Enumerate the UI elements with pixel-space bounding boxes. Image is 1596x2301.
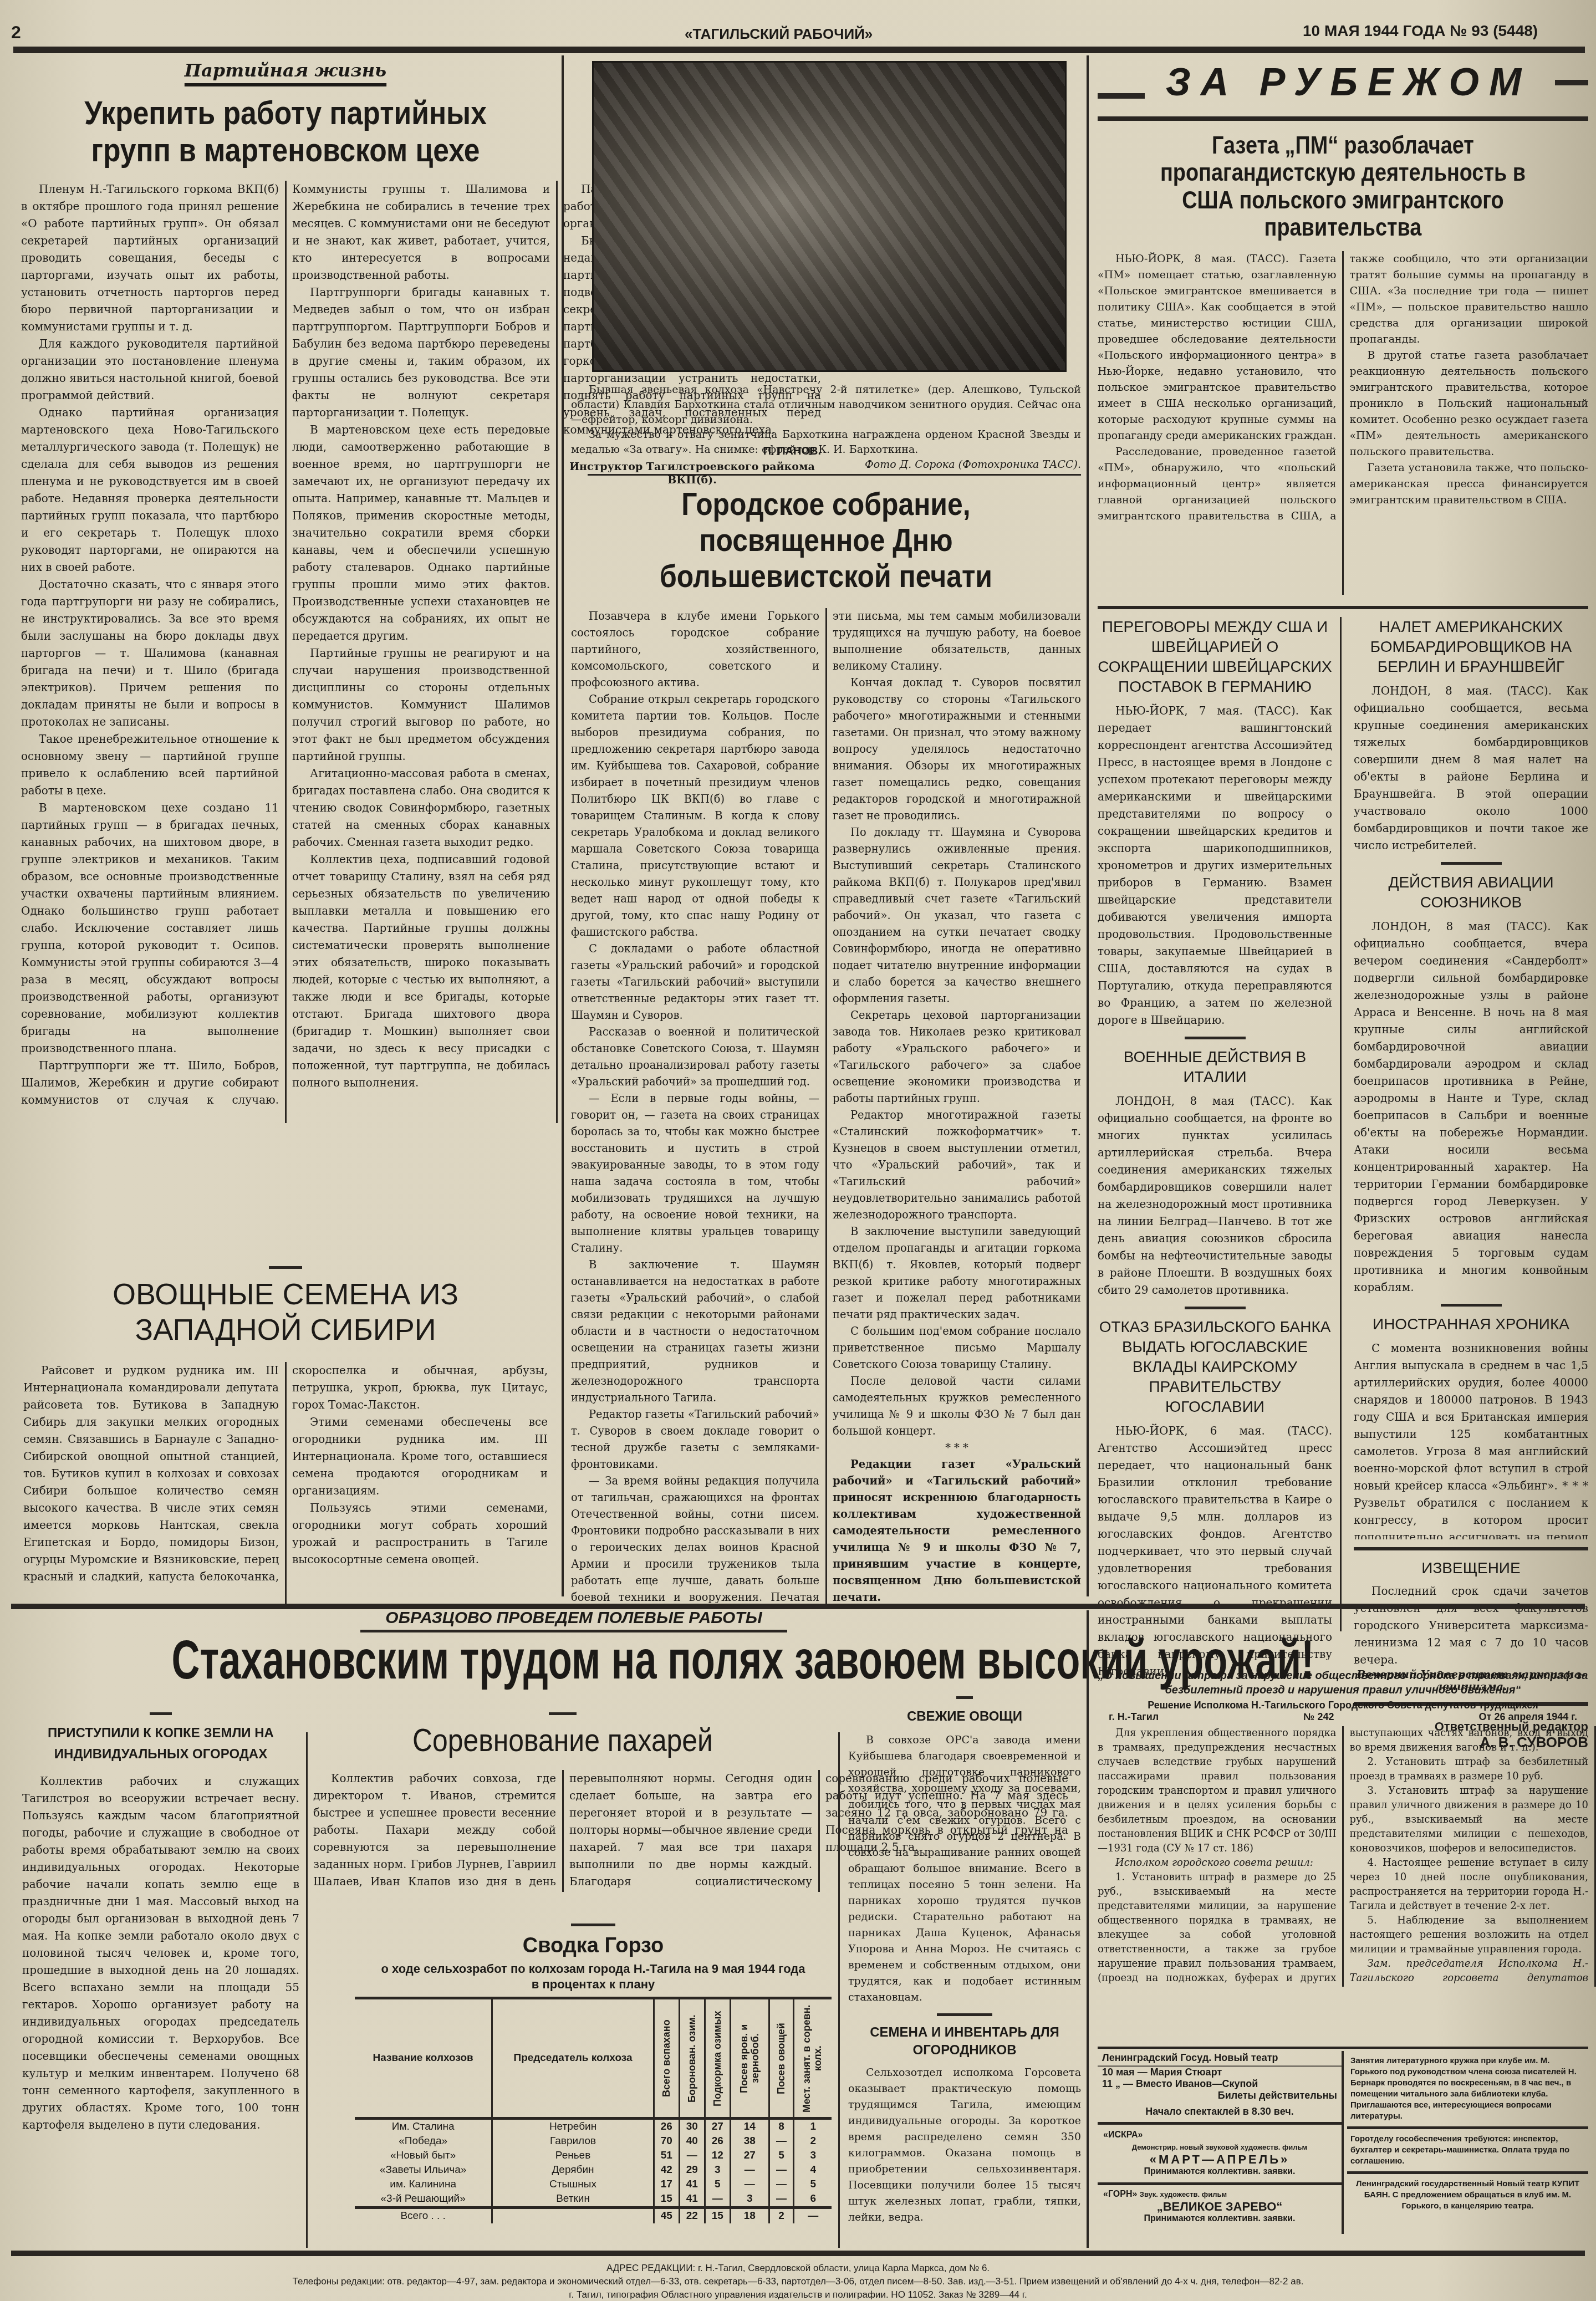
theatre-start: Начало спектаклей в 8.30 веч.: [1098, 2101, 1342, 2125]
headline-usa-switzerland: ПЕРЕГОВОРЫ МЕЖДУ США И ШВЕЙЦАРИЕЙ О СОКР…: [1098, 617, 1332, 697]
headline-italy: ВОЕННЫЕ ДЕЙСТВИЯ В ИТАЛИИ: [1098, 1047, 1332, 1087]
table-row: «3-й Решающий»Веткин1541—3—6: [355, 2192, 832, 2208]
column-divider: [562, 55, 564, 1596]
city-meeting-body: Позавчера в клубе имени Горького состоял…: [571, 608, 1081, 1606]
article-seeds: ОВОЩНЫЕ СЕМЕНА ИЗ ЗАПАДНОЙ СИБИРИ Райсов…: [11, 1258, 560, 1602]
footer: АДРЕС РЕДАКЦИИ: г. Н.-Тагил, Свердловско…: [0, 2262, 1596, 2301]
ads-right: Занятия литературного кружка при клубе и…: [1347, 2051, 1588, 2234]
masthead-rule: [13, 47, 1585, 53]
article-city-meeting: Городское собрание, посвященное Дню боль…: [571, 482, 1081, 1596]
headline-fresh-vegetables: СВЕЖИЕ ОВОЩИ: [848, 1707, 1081, 1727]
table-row: «Заветы Ильича»Дерябин42293——4: [355, 2163, 832, 2177]
printer-info: г. Тагил, типография Областного управлен…: [0, 2288, 1596, 2301]
photo-caption: Бывшая звеньевая колхоза «Навстречу 2-й …: [571, 382, 1081, 472]
column-divider: [306, 1732, 308, 2248]
article-competition: Соревнование пахарей Коллектив рабочих с…: [313, 1705, 812, 1893]
section-rule: [11, 1604, 1585, 1609]
headline-allied-aviation: ДЕЙСТВИЯ АВИАЦИИ СОЮЗНИКОВ: [1354, 873, 1588, 912]
column-divider: [1087, 1610, 1089, 2248]
abroad-rubric-box: ЗА РУБЕЖОМ: [1098, 60, 1588, 121]
pm-article-body: НЬЮ-ЙОРК, 8 мая. (ТАСС). Газета «ПМ» пом…: [1098, 251, 1588, 595]
table-header: Подкормка озимых: [705, 1998, 730, 2119]
ad-buy-bayan: Ленинградский государственный Новый теат…: [1347, 2174, 1588, 2216]
table-header: Всего вспахано: [654, 1998, 679, 2119]
headline-seeds-inventory: СЕМЕНА И ИНВЕНТАРЬ ДЛЯ ОГОРОДНИКОВ: [848, 2024, 1081, 2059]
seeds-body: Райсовет и рудком рудника им. III Интерн…: [11, 1362, 560, 1606]
masthead: 2 «ТАГИЛЬСКИЙ РАБОЧИЙ» 10 МАЯ 1944 ГОДА …: [0, 22, 1596, 44]
table-row: Им. СталинаНетребин2630271481: [355, 2119, 832, 2135]
ad-gorn: «ГОРН» Звук. художеств. фильм „ВЕЛИКОЕ З…: [1098, 2185, 1342, 2228]
decision-date: От 26 апреля 1944 г.: [1479, 1711, 1577, 1723]
newspaper-page: 2 «ТАГИЛЬСКИЙ РАБОЧИЙ» 10 МАЯ 1944 ГОДА …: [0, 0, 1596, 2301]
editorial-phones: Телефоны редакции: отв. редактор—4-97, з…: [0, 2275, 1596, 2288]
table-header: Мест. занят. в соревн. колх.: [794, 1998, 832, 2119]
ad-vacancy: Горотделу гособеспечения требуются: инсп…: [1347, 2129, 1588, 2174]
rubric-abroad: ЗА РУБЕЖОМ: [1142, 60, 1555, 104]
headline-berlin-raid: НАЛЕТ АМЕРИКАНСКИХ БОМБАРДИРОВЩИКОВ НА Б…: [1354, 617, 1588, 677]
separator: [269, 1266, 302, 1269]
abroad-col-left: ПЕРЕГОВОРЫ МЕЖДУ США И ШВЕЙЦАРИЕЙ О СОКР…: [1098, 617, 1342, 1631]
wavy-rule: [588, 474, 1081, 476]
table-header: Председатель колхоза: [492, 1998, 654, 2119]
photo-antiaircraft-gunner: [592, 61, 1067, 372]
headline-notice: ИЗВЕЩЕНИЕ: [1354, 1558, 1588, 1578]
ads-left: Ленинградский Госуд. Новый театр 10 мая …: [1098, 2051, 1344, 2234]
ad-iskra: «ИСКРА» Демонстрир. новый звуковой худож…: [1098, 2125, 1342, 2185]
table-header: Название колхозов: [355, 1998, 492, 2119]
headline-city-meeting: Городское собрание, посвященное Дню боль…: [606, 487, 1045, 595]
svodka-gorzo: Сводка Горзо о ходе сельхозработ по колх…: [355, 1924, 832, 2223]
table-header: Боронован. озим.: [679, 1998, 705, 2119]
party-life-body: Пленум Н.-Тагильского горкома ВКП(б) в о…: [11, 181, 560, 1123]
table-row: Всего . . .452215182—: [355, 2208, 832, 2224]
table-header: Посев овощей: [769, 1998, 794, 2119]
headline-seeds: ОВОЩНЫЕ СЕМЕНА ИЗ ЗАПАДНОЙ СИБИРИ: [33, 1277, 538, 1348]
headline-brazil-bank: ОТКАЗ БРАЗИЛЬСКОГО БАНКА ВЫДАТЬ ЮГОСЛАВС…: [1098, 1317, 1332, 1417]
table-row: им. КалининаСтышных17415——5: [355, 2177, 832, 2192]
headline-party-life: Укрепить работу партийных групп в мартен…: [49, 94, 521, 169]
ad-literary-circle: Занятия литературного кружка при клубе и…: [1347, 2051, 1588, 2129]
stars-separator: * * *: [833, 1440, 1081, 1456]
section-abroad: ЗА РУБЕЖОМ Газета „ПМ“ разоблачает пропа…: [1098, 55, 1588, 1596]
svodka-table: Название колхозовПредседатель колхозаВсе…: [355, 1997, 832, 2223]
svodka-title: Сводка Горзо: [355, 1934, 832, 1958]
newspaper-name: «ТАГИЛЬСКИЙ РАБОЧИЙ»: [685, 25, 873, 43]
column-divider: [1087, 55, 1089, 1596]
decision-subtitle: Решение Исполкома Н.-Тагильского Городск…: [1098, 1700, 1588, 1711]
column-divider: [838, 1732, 840, 2248]
page-number: 2: [11, 22, 21, 43]
decision-number: № 242: [1303, 1711, 1334, 1723]
article-party-life: Партийная жизнь Укрепить работу партийны…: [11, 55, 560, 1225]
svodka-subtitle: о ходе сельхозработ по колхозам города Н…: [377, 1961, 809, 1992]
headline-competition: Соревнование пахарей: [348, 1723, 777, 1759]
rubric-party-life: Партийная жизнь: [11, 60, 560, 81]
table-header: Посев яров. и зернобоб.: [730, 1998, 769, 2119]
decision-place: г. Н.-Тагил: [1109, 1711, 1159, 1723]
headline-pm-newspaper: Газета „ПМ“ разоблачает пропагандистскую…: [1132, 132, 1554, 241]
decision-tram-fines: „О повышении штрафа за нарушение обществ…: [1098, 1669, 1588, 1984]
decision-title: „О повышении штрафа за нарушение обществ…: [1098, 1669, 1588, 1697]
headline-digging: ПРИСТУПИЛИ К КОПКЕ ЗЕМЛИ НА ИНДИВИДУАЛЬН…: [22, 1723, 299, 1765]
abroad-news-columns: ПЕРЕГОВОРЫ МЕЖДУ США И ШВЕЙЦАРИЕЙ О СОКР…: [1098, 617, 1588, 1631]
footer-rule: [11, 2251, 1585, 2256]
photo-credit: Фото Д. Сорока (Фотохроника ТАСС).: [571, 457, 1081, 472]
article-digging: ПРИСТУПИЛИ К КОПКЕ ЗЕМЛИ НА ИНДИВИДУАЛЬН…: [22, 1705, 299, 2259]
editorial-address: АДРЕС РЕДАКЦИИ: г. Н.-Тагил, Свердловско…: [0, 2262, 1596, 2275]
table-row: «Победа»Гаврилов70402638—2: [355, 2134, 832, 2149]
abroad-col-right: НАЛЕТ АМЕРИКАНСКИХ БОМБАРДИРОВЩИКОВ НА Б…: [1354, 617, 1588, 1631]
headline-foreign-chronicle: ИНОСТРАННАЯ ХРОНИКА: [1354, 1314, 1588, 1334]
issue-date: 10 МАЯ 1944 ГОДА № 93 (5448): [1303, 22, 1538, 40]
table-row: «Новый быт»Реньев51—122753: [355, 2149, 832, 2163]
theatre-name: Ленинградский Госуд. Новый театр: [1098, 2051, 1342, 2067]
article-fresh-vegetables: СВЕЖИЕ ОВОЩИ В совхозе ОРС'а завода имен…: [848, 1696, 1081, 2251]
